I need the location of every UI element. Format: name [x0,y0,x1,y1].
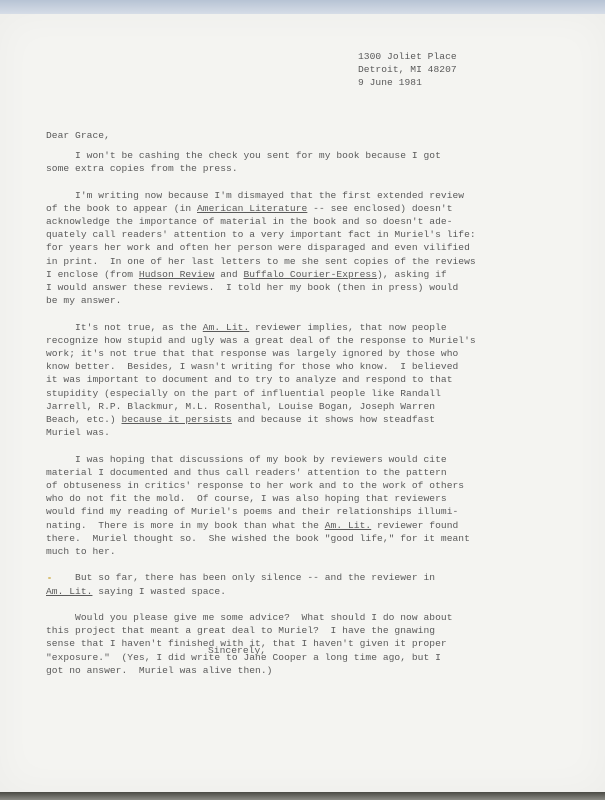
letter-line: I enclose (from Hudson Review and Buffal… [46,268,476,281]
letter-line: of the book to appear (in American Liter… [46,202,476,215]
underlined-title: Am. Lit. [46,586,92,597]
underlined-title: because it persists [122,414,232,425]
letter-line: But so far, there has been only silence … [46,571,476,584]
letter-line: Muriel was. [46,426,476,439]
letter-line: recognize how stupid and ugly was a grea… [46,334,476,347]
letter-line: who do not fit the mold. Of course, I wa… [46,492,476,505]
letter-line: got no answer. Muriel was alive then.) [46,664,476,677]
letter-line: Beach, etc.) because it persists and bec… [46,413,476,426]
letter-line: stupidity (especially on the part of inf… [46,387,476,400]
letter-line: this project that meant a great deal to … [46,624,476,637]
letter-line: acknowledge the importance of material i… [46,215,476,228]
letter-line: would find my reading of Muriel's poems … [46,505,476,518]
letter-line: some extra copies from the press. [46,162,476,175]
letter-line: Am. Lit. saying I wasted space. [46,585,476,598]
closing: Sincerely, [208,644,266,657]
letter-line: know better. Besides, I wasn't writing f… [46,360,476,373]
sender-address-block: 1300 Joliet PlaceDetroit, MI 482079 June… [358,50,457,90]
letter-paragraph: I won't be cashing the check you sent fo… [46,149,476,175]
underlined-title: Am. Lit. [325,520,371,531]
letter-line: quately call readers' attention to a ver… [46,228,476,241]
underlined-title: Am. Lit. [203,322,249,333]
paper-stain [48,577,51,579]
letter-line: It's not true, as the Am. Lit. reviewer … [46,321,476,334]
page-bottom-edge [0,792,605,800]
letter-paragraph: It's not true, as the Am. Lit. reviewer … [46,321,476,440]
salutation: Dear Grace, [46,129,110,142]
letter-line: work; it's not true that that response w… [46,347,476,360]
letter-line: for years her work and often her person … [46,241,476,254]
letter-paragraph: I was hoping that discussions of my book… [46,453,476,559]
letter-line: it was important to document and to try … [46,373,476,386]
letter-line: much to her. [46,545,476,558]
letter-line: I would answer these reviews. I told her… [46,281,476,294]
letter-line: Would you please give me some advice? Wh… [46,611,476,624]
letter-line: material I documented and thus call read… [46,466,476,479]
address-city: Detroit, MI 48207 [358,63,457,76]
letter-line: in print. In one of her last letters to … [46,255,476,268]
letter-line: be my answer. [46,294,476,307]
address-street: 1300 Joliet Place [358,50,457,63]
letter-body: I won't be cashing the check you sent fo… [46,149,476,690]
underlined-title: Hudson Review [139,269,215,280]
underlined-title: Buffalo Courier-Express [243,269,377,280]
letter-line: of obtuseness in critics' response to he… [46,479,476,492]
letter-line: I won't be cashing the check you sent fo… [46,149,476,162]
letter-line: Jarrell, R.P. Blackmur, M.L. Rosenthal, … [46,400,476,413]
underlined-title: American Literature [197,203,307,214]
letter-line: there. Muriel thought so. She wished the… [46,532,476,545]
letter-line: I was hoping that discussions of my book… [46,453,476,466]
letter-date: 9 June 1981 [358,76,457,89]
scanner-background [0,0,605,14]
letter-paragraph: But so far, there has been only silence … [46,571,476,597]
letter-paragraph: I'm writing now because I'm dismayed tha… [46,189,476,308]
letter-line: nating. There is more in my book than wh… [46,519,476,532]
letter-line: I'm writing now because I'm dismayed tha… [46,189,476,202]
